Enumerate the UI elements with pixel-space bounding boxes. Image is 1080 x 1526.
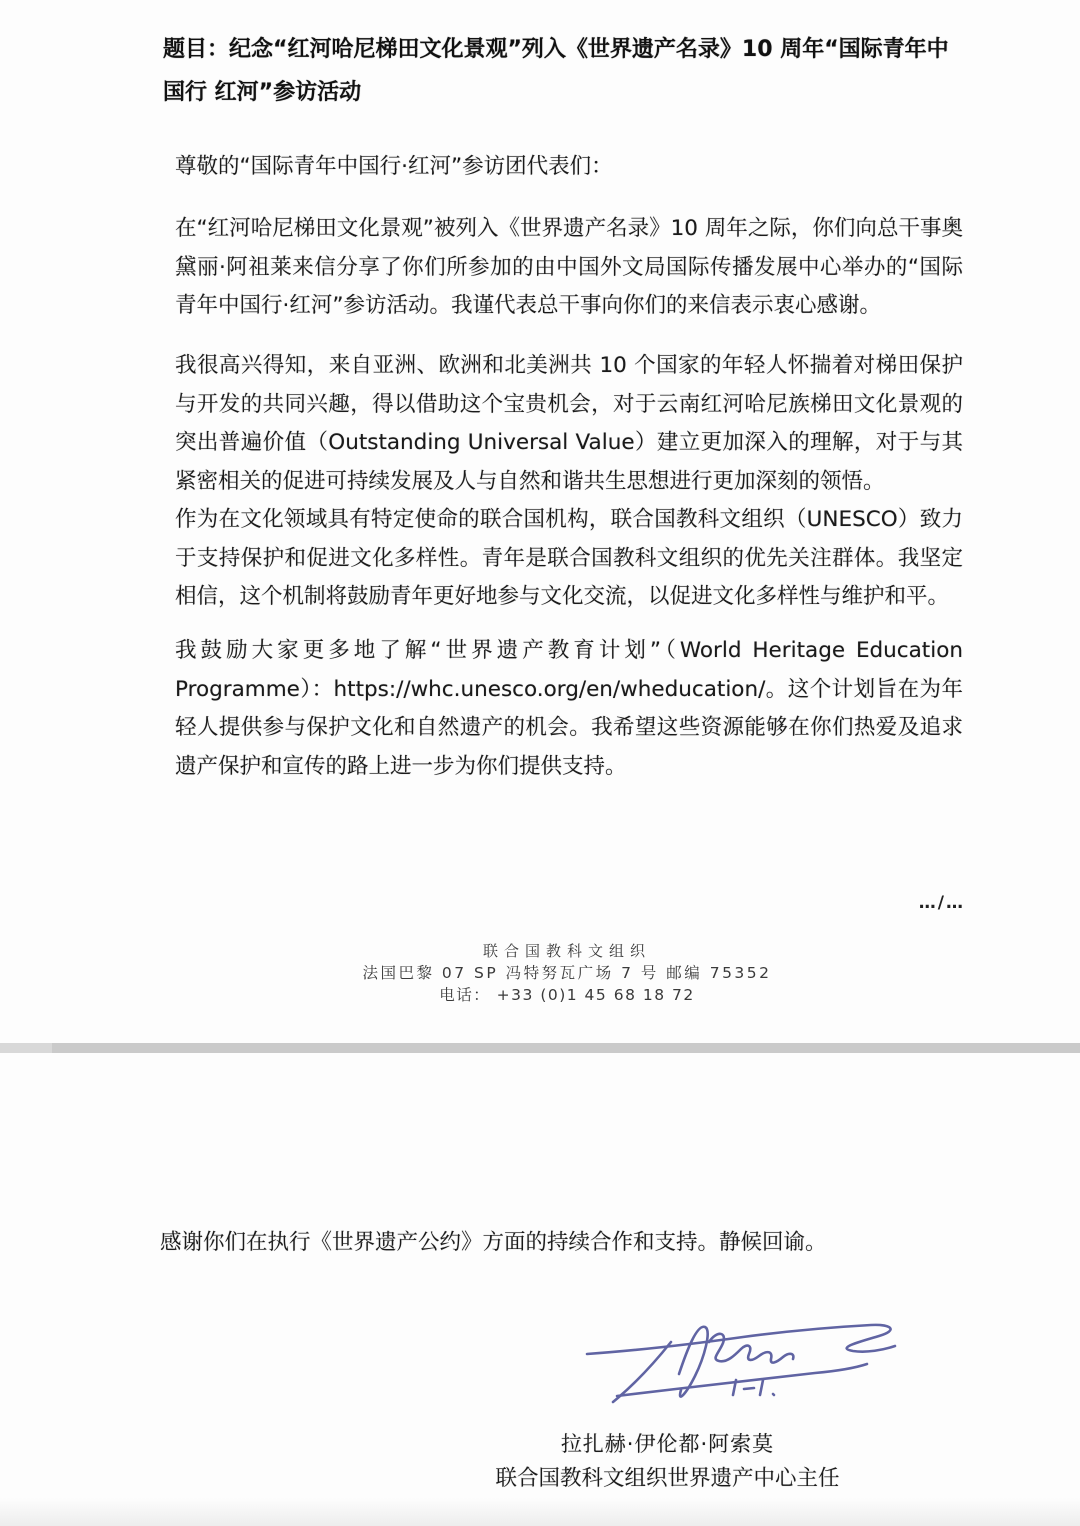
body-paragraph-4: 我鼓励大家更多地了解“世界遗产教育计划”（World Heritage Educ… [175,632,963,786]
body-paragraph-3: 作为在文化领域具有特定使命的联合国机构，联合国教科文组织（UNESCO）致力于支… [175,501,963,617]
page-continuation-mark: …/… [880,893,965,913]
letterhead-footer: 联合国教科文组织 法国巴黎 07 SP 冯特努瓦广场 7 号 邮编 75352 … [163,940,971,1006]
scan-shadow-edge [0,1498,1080,1526]
salutation-line: 尊敬的“国际青年中国行·红河”参访团代表们： [175,148,965,186]
page-break-separator [0,1043,1080,1053]
page-break-notch [0,1043,52,1053]
handwritten-signature [583,1310,948,1412]
closing-paragraph: 感谢你们在执行《世界遗产公约》方面的持续合作和支持。静候回谕。 [160,1224,970,1263]
signer-name: 拉扎赫·伊伦都·阿索莫 [385,1428,950,1458]
body-paragraph-1: 在“红河哈尼梯田文化景观”被列入《世界遗产名录》10 周年之际，你们向总干事奥黛… [175,210,963,326]
signer-title: 联合国教科文组织世界遗产中心主任 [385,1461,950,1492]
scanned-letter-document: 题目：纪念“红河哈尼梯田文化景观”列入《世界遗产名录》10 周年“国际青年中国行… [0,0,1080,1526]
body-paragraph-2: 我很高兴得知，来自亚洲、欧洲和北美洲共 10 个国家的年轻人怀揣着对梯田保护与开… [175,347,963,501]
letter-title: 题目：纪念“红河哈尼梯田文化景观”列入《世界遗产名录》10 周年“国际青年中国行… [163,28,963,114]
footer-phone: 电话： +33 (0)1 45 68 18 72 [163,984,971,1006]
footer-organization: 联合国教科文组织 [163,940,971,962]
footer-address: 法国巴黎 07 SP 冯特努瓦广场 7 号 邮编 75352 [163,962,971,984]
